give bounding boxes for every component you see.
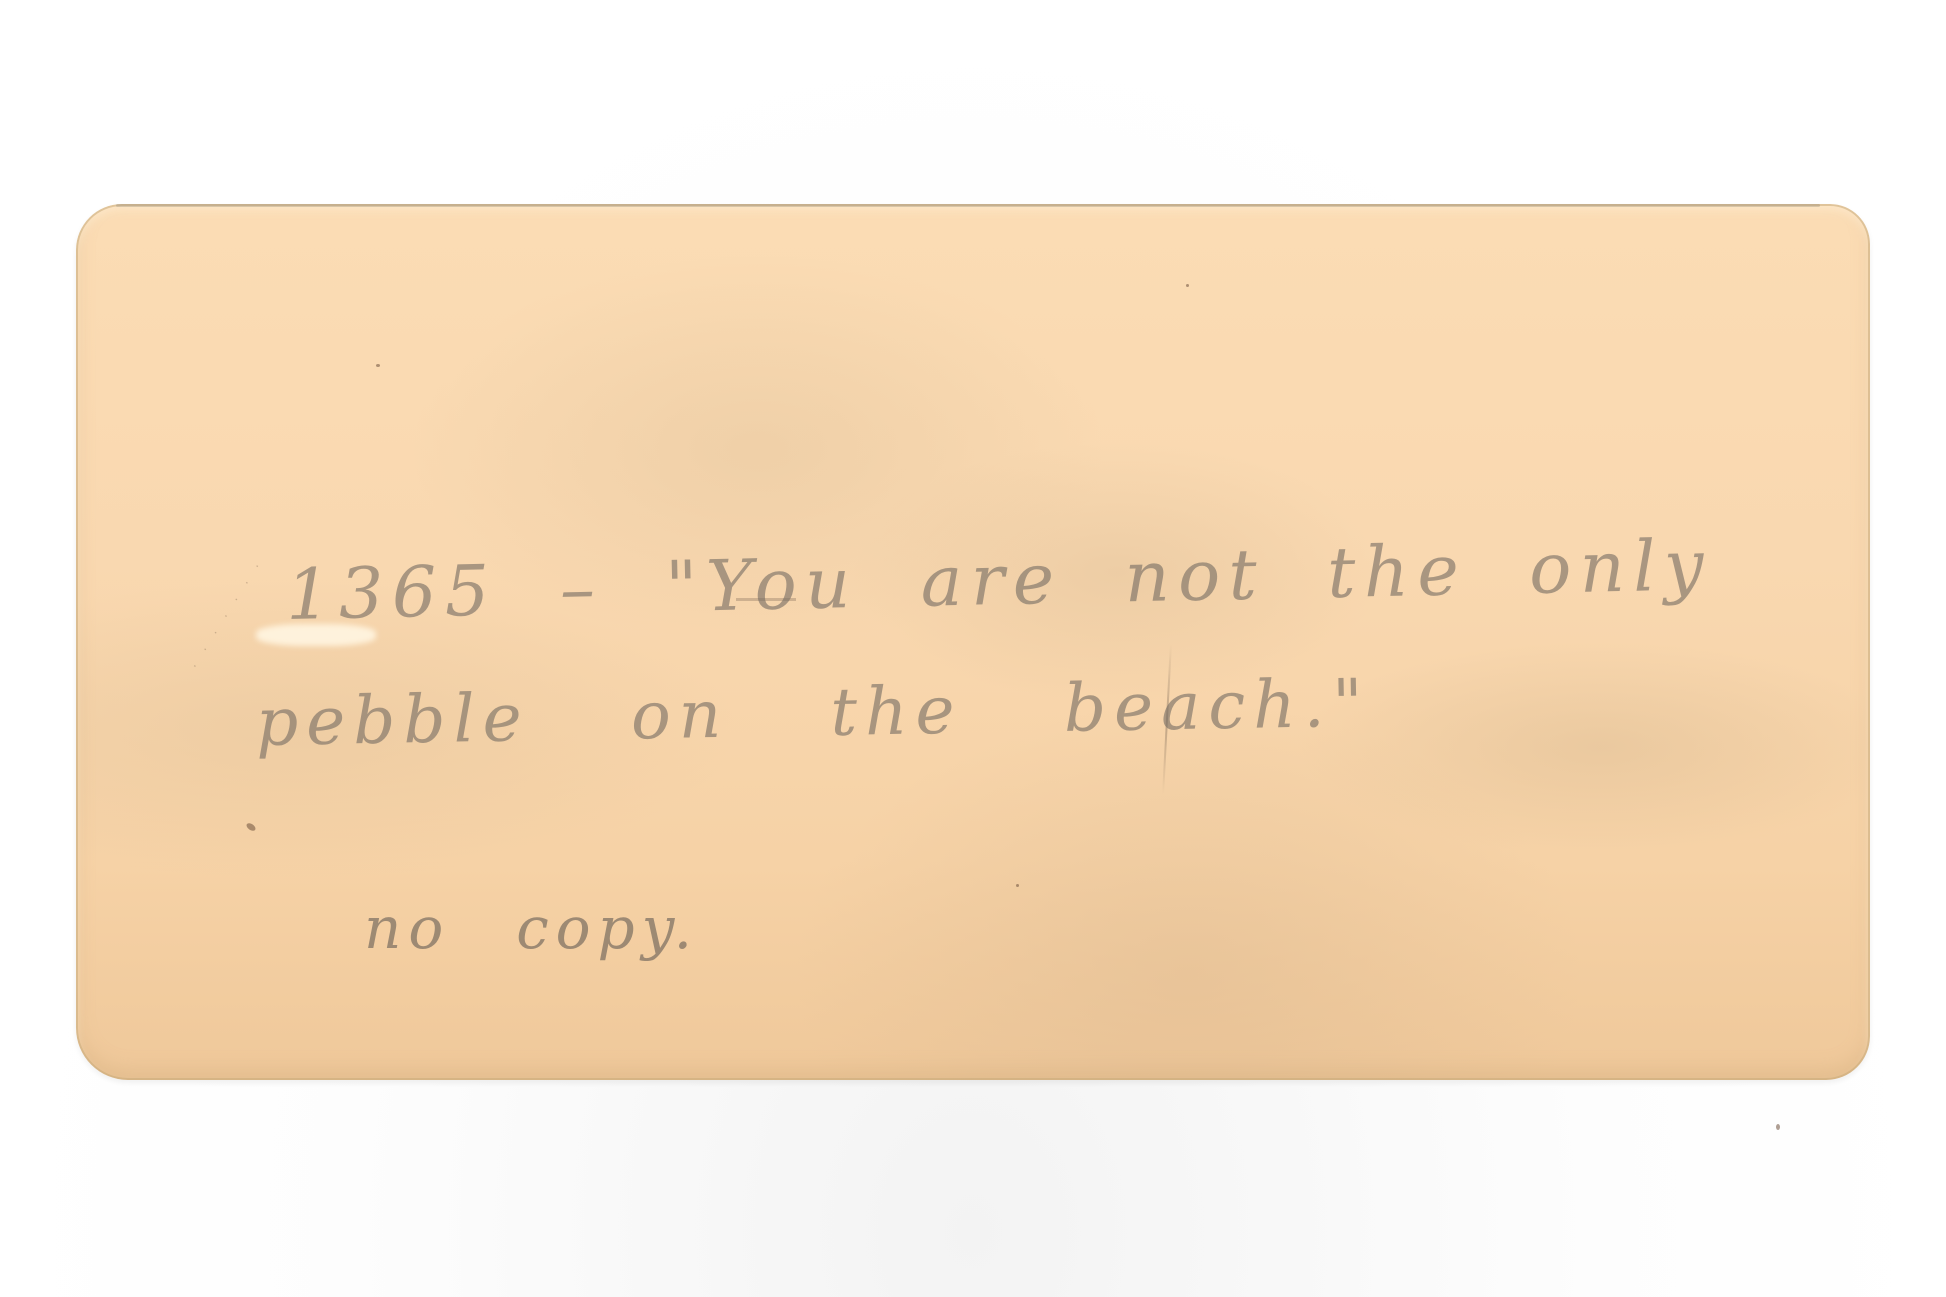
card-edge [116, 204, 1820, 207]
inscription-line-2: pebble on the beach." [255, 665, 1371, 761]
photo-scene: · · · · · · · 1365 – "You are not the on… [0, 0, 1946, 1297]
inscription-note: no copy. [364, 894, 699, 962]
inscription-line-1: 1365 – "You are not the only [285, 524, 1713, 636]
faint-stamp-trace: · · · · · · · [188, 556, 267, 672]
foxing-speck [1776, 1124, 1780, 1130]
foxing-speck [245, 822, 257, 833]
stereoview-card-back: · · · · · · · 1365 – "You are not the on… [76, 204, 1870, 1080]
foxing-speck [1016, 884, 1019, 887]
foxing-speck [1186, 284, 1189, 287]
foxing-speck [376, 364, 380, 367]
